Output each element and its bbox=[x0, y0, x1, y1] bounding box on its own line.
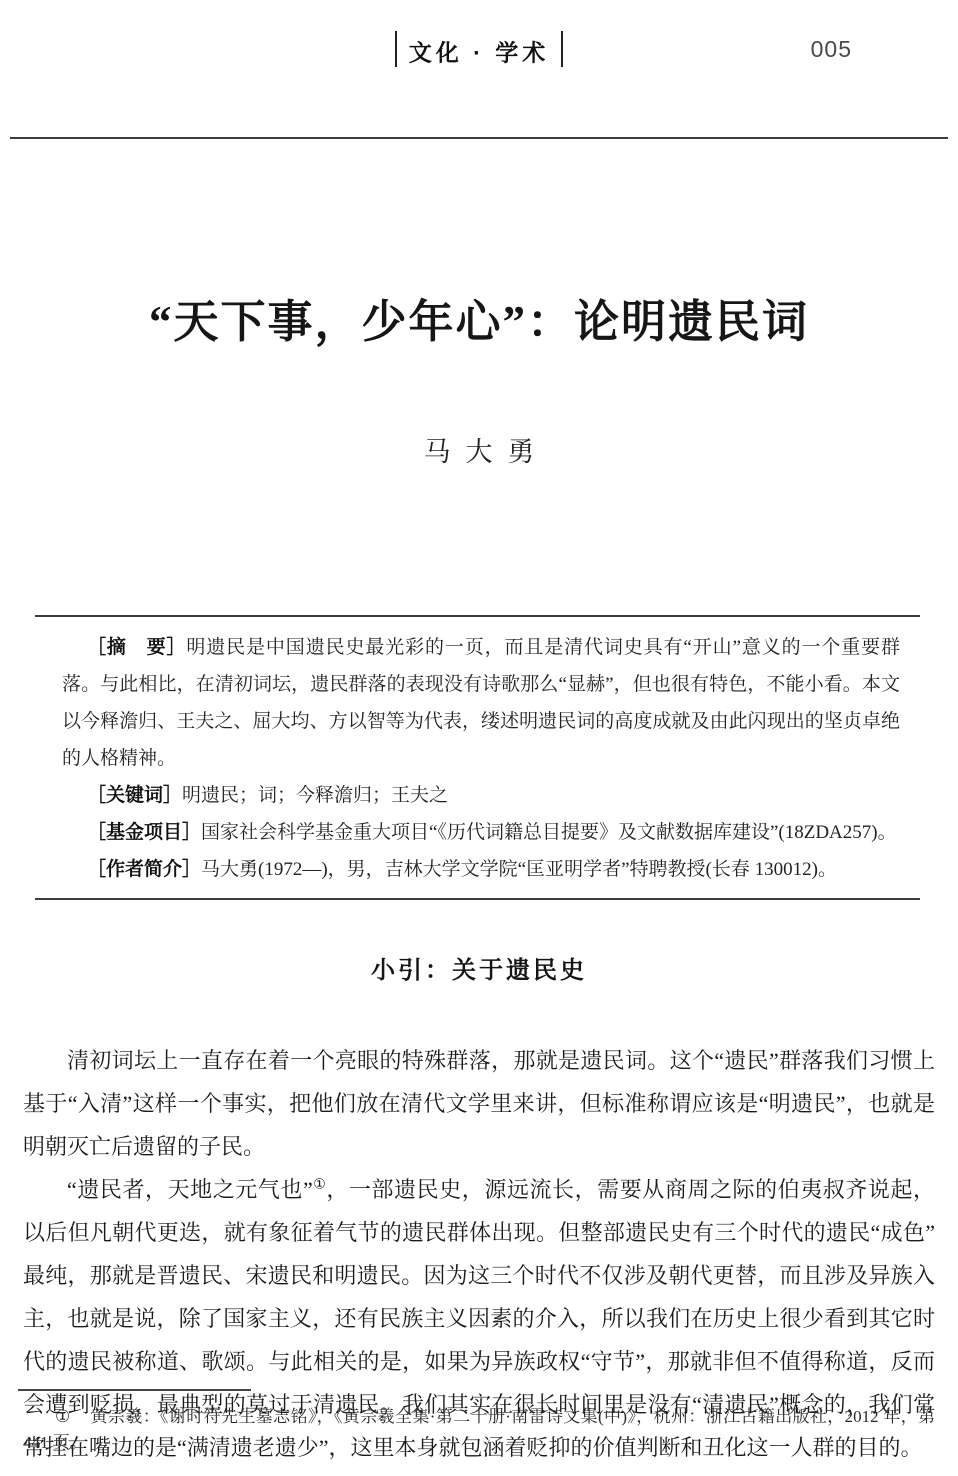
journal-page: 文化 · 学术 005 “天下事，少年心”：论明遗民词 马大勇 ［摘 要］明遗民… bbox=[0, 0, 958, 1476]
footnote-area: ①黄宗羲：《谢时符先生墓志铭》，《黄宗羲全集·第二十册·南雷诗文集(中)》，杭州… bbox=[23, 1389, 935, 1456]
author-bio-line: ［作者简介］马大勇(1972—)，男，吉林大学文学院“匡亚明学者”特聘教授(长春… bbox=[62, 851, 900, 888]
header-rule bbox=[10, 137, 948, 139]
section-heading: 小引：关于遗民史 bbox=[23, 950, 935, 985]
fund-line: ［基金项目］国家社会科学基金重大项目“《历代词籍总目提要》及文献数据库建设”(1… bbox=[62, 814, 900, 851]
abstract-text: 明遗民是中国遗民史最光彩的一页，而且是清代词史具有“开山”意义的一个重要群落。与… bbox=[62, 637, 900, 769]
footnote-entry: ①黄宗羲：《谢时符先生墓志铭》，《黄宗羲全集·第二十册·南雷诗文集(中)》，杭州… bbox=[23, 1404, 935, 1456]
footnote-reference-marker: ① bbox=[313, 1178, 327, 1193]
footnote-text: 黄宗羲：《谢时符先生墓志铭》，《黄宗羲全集·第二十册·南雷诗文集(中)》，杭州：… bbox=[23, 1407, 935, 1452]
abstract-label: ［摘 要］ bbox=[87, 637, 186, 658]
header-right-bar bbox=[561, 31, 563, 67]
keywords-line: ［关键词］明遗民；词；今释澹归；王夫之 bbox=[62, 777, 900, 814]
keywords-text: 明遗民；词；今释澹归；王夫之 bbox=[182, 785, 448, 806]
section-label: 文化 · 学术 bbox=[23, 33, 935, 69]
body-paragraph-1: 清初词坛上一直存在着一个亮眼的特殊群落，那就是遗民词。这个“遗民”群落我们习惯上… bbox=[23, 1039, 935, 1168]
article-author: 马大勇 bbox=[23, 430, 935, 469]
keywords-label: ［关键词］ bbox=[87, 785, 182, 806]
footnote-marker: ① bbox=[55, 1407, 71, 1426]
author-bio-label: ［作者简介］ bbox=[87, 859, 201, 880]
section-label-text: 文化 · 学术 bbox=[409, 40, 549, 66]
footnote-separator-rule bbox=[18, 1389, 251, 1391]
author-bio-text: 马大勇(1972—)，男，吉林大学文学院“匡亚明学者”特聘教授(长春 13001… bbox=[201, 859, 837, 880]
page-header: 文化 · 学术 005 bbox=[23, 0, 935, 62]
page-number: 005 bbox=[811, 36, 852, 63]
article-title: “天下事，少年心”：论明遗民词 bbox=[23, 299, 935, 346]
abstract-block: ［摘 要］明遗民是中国遗民史最光彩的一页，而且是清代词史具有“开山”意义的一个重… bbox=[35, 615, 920, 900]
fund-label: ［基金项目］ bbox=[87, 822, 201, 843]
paragraph-2-text-before-note: “遗民者，天地之元气也” bbox=[67, 1177, 313, 1202]
fund-text: 国家社会科学基金重大项目“《历代词籍总目提要》及文献数据库建设”(18ZDA25… bbox=[201, 822, 897, 843]
abstract-line: ［摘 要］明遗民是中国遗民史最光彩的一页，而且是清代词史具有“开山”意义的一个重… bbox=[62, 629, 900, 777]
header-left-bar bbox=[395, 31, 397, 67]
